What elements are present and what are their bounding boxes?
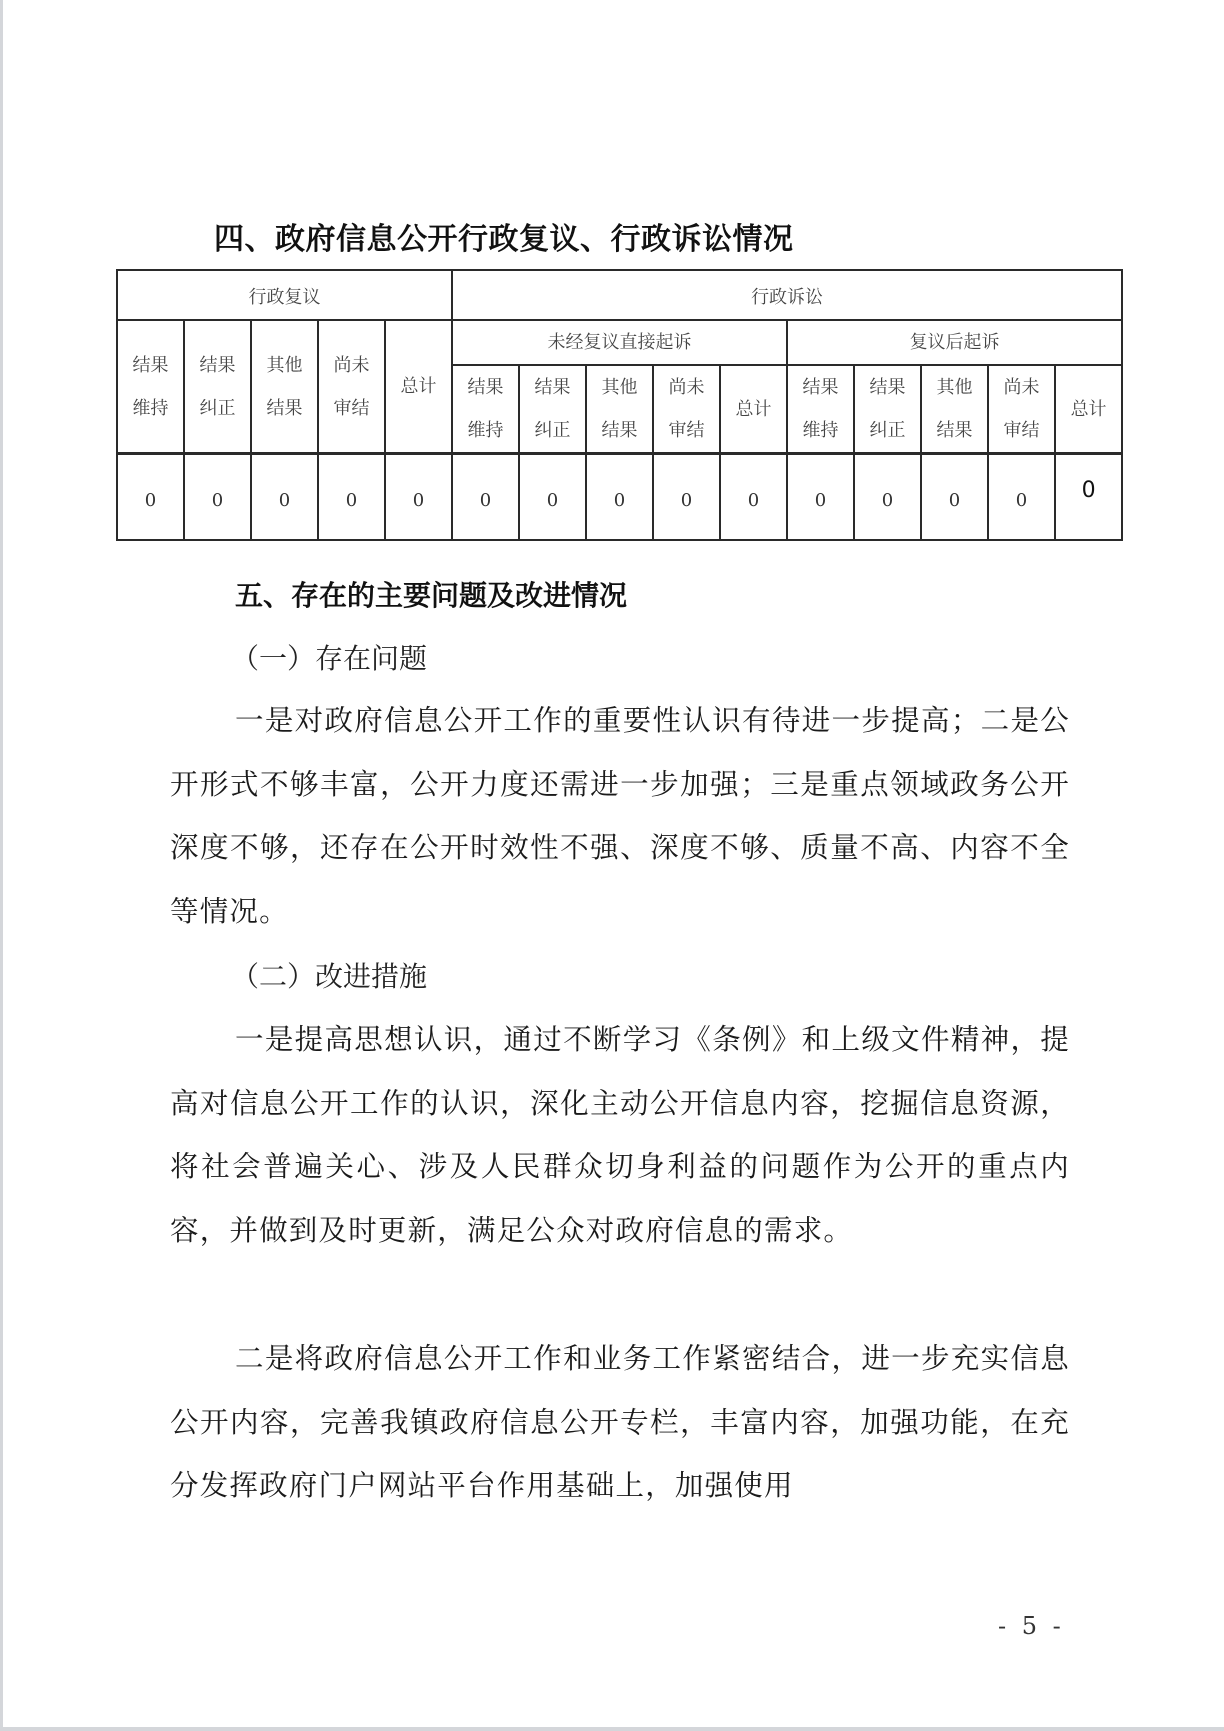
header-administrative-litigation: 行政诉讼 [452, 270, 1122, 320]
col-review-total: 总计 [385, 320, 452, 454]
cell-review-maintain: 0 [117, 454, 184, 541]
col-direct-total: 总计 [720, 365, 787, 454]
col-review-maintain: 结果维持 [117, 320, 184, 454]
section-5-title: 五、存在的主要问题及改进情况 [235, 574, 627, 614]
col-direct-maintain: 结果维持 [452, 365, 519, 454]
header-suit-after-review: 复议后起诉 [787, 320, 1122, 365]
cell-after-other: 0 [921, 454, 988, 541]
cell-after-correct: 0 [854, 454, 921, 541]
col-after-maintain: 结果维持 [787, 365, 854, 454]
section-4-title: 四、政府信息公开行政复议、行政诉讼情况 [214, 214, 794, 258]
cell-direct-pending: 0 [653, 454, 720, 541]
measures-paragraph-1: 一是提高思想认识，通过不断学习《条例》和上级文件精神，提高对信息公开工作的认识，… [170, 1008, 1070, 1262]
table-subgroup-header-row: 结果维持 结果纠正 其他结果 尚未审结 总计 未经复议直接起诉 复议后起诉 [117, 320, 1122, 365]
cell-after-total: 0 [1055, 454, 1122, 541]
col-review-pending: 尚未审结 [318, 320, 385, 454]
header-direct-suit: 未经复议直接起诉 [452, 320, 787, 365]
page-number: - 5 - [998, 1612, 1065, 1640]
cell-direct-total: 0 [720, 454, 787, 541]
cell-after-maintain: 0 [787, 454, 854, 541]
header-administrative-review: 行政复议 [117, 270, 452, 320]
cell-direct-maintain: 0 [452, 454, 519, 541]
document-page: 四、政府信息公开行政复议、行政诉讼情况 行政复议 行政诉讼 结果维持 结果纠正 … [3, 0, 1224, 1727]
cell-review-total: 0 [385, 454, 452, 541]
cell-review-correct: 0 [184, 454, 251, 541]
table-group-header-row: 行政复议 行政诉讼 [117, 270, 1122, 320]
measures-paragraph-2: 二是将政府信息公开工作和业务工作紧密结合，进一步充实信息公开内容，完善我镇政府信… [170, 1327, 1070, 1518]
cell-review-pending: 0 [318, 454, 385, 541]
cell-after-pending: 0 [988, 454, 1055, 541]
col-after-pending: 尚未审结 [988, 365, 1055, 454]
subsection-problems-title: （一）存在问题 [231, 637, 427, 677]
col-after-total: 总计 [1055, 365, 1122, 454]
col-review-correct: 结果纠正 [184, 320, 251, 454]
col-direct-other: 其他结果 [586, 365, 653, 454]
review-litigation-table: 行政复议 行政诉讼 结果维持 结果纠正 其他结果 尚未审结 总计 未经复议直接起… [116, 269, 1123, 541]
col-direct-pending: 尚未审结 [653, 365, 720, 454]
col-after-other: 其他结果 [921, 365, 988, 454]
subsection-measures-title: （二）改进措施 [231, 955, 427, 995]
cell-direct-other: 0 [586, 454, 653, 541]
col-direct-correct: 结果纠正 [519, 365, 586, 454]
col-after-correct: 结果纠正 [854, 365, 921, 454]
cell-direct-correct: 0 [519, 454, 586, 541]
cell-review-other: 0 [251, 454, 318, 541]
table-row: 0 0 0 0 0 0 0 0 0 0 0 0 0 0 0 [117, 454, 1122, 541]
problems-paragraph: 一是对政府信息公开工作的重要性认识有待进一步提高；二是公开形式不够丰富，公开力度… [170, 689, 1070, 943]
col-review-other: 其他结果 [251, 320, 318, 454]
